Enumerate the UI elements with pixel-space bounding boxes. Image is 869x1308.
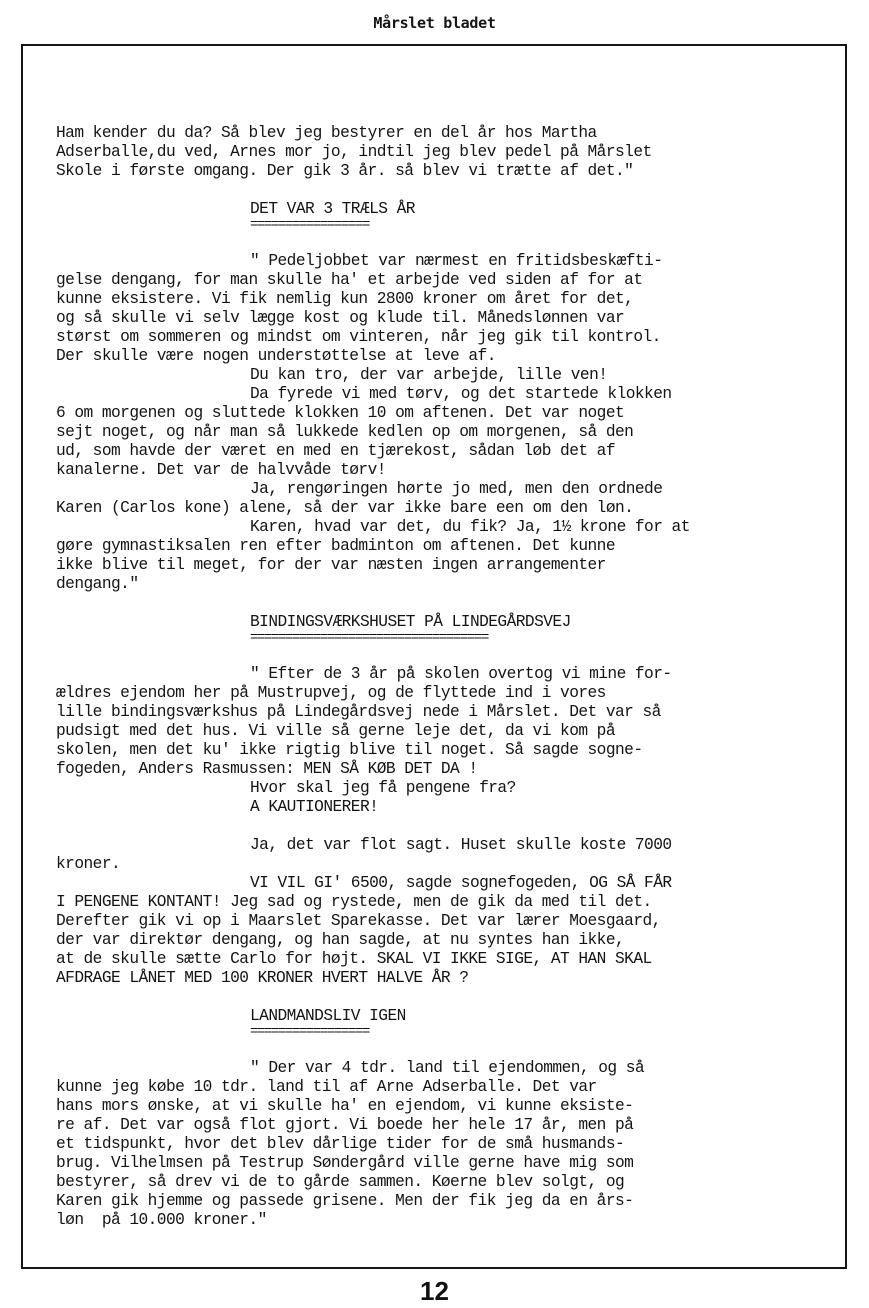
text-line: gelse dengang, for man skulle ha' et arb… (56, 271, 846, 290)
text-line: lille bindingsværkshus på Lindegårdsvej … (56, 703, 846, 722)
text-line: gøre gymnastiksalen ren efter badminton … (56, 537, 846, 556)
text-line: Derefter gik vi op i Maarslet Sparekasse… (56, 912, 846, 931)
text-line: bestyrer, så drev vi de to gårde sammen.… (56, 1173, 846, 1192)
text-line: Karen gik hjemme og passede grisene. Men… (56, 1192, 846, 1211)
text-line: hans mors ønske, at vi skulle ha' en eje… (56, 1097, 846, 1116)
paragraph-start-line: VI VIL GI' 6500, sagde sognefogeden, OG … (56, 874, 846, 893)
blank-line (56, 817, 846, 836)
text-line: I PENGENE KONTANT! Jeg sad og rystede, m… (56, 893, 846, 912)
text-line: et tidspunkt, hvor det blev dårlige tide… (56, 1135, 846, 1154)
text-line: ikke blive til meget, for der var næsten… (56, 556, 846, 575)
paragraph-start-line: " Der var 4 tdr. land til ejendommen, og… (56, 1059, 846, 1078)
text-line: Ham kender du da? Så blev jeg bestyrer e… (56, 124, 846, 143)
text-line: Adserballe,du ved, Arnes mor jo, indtil … (56, 143, 846, 162)
text-line: Skole i første omgang. Der gik 3 år. så … (56, 162, 846, 181)
text-line: pudsigt med det hus. Vi ville så gerne l… (56, 722, 846, 741)
text-line: løn på 10.000 kroner." (56, 1211, 846, 1230)
section-heading: DET VAR 3 TRÆLS ÅR (56, 200, 846, 219)
text-line: fogeden, Anders Rasmussen: MEN SÅ KØB DE… (56, 760, 846, 779)
heading-underline: ================================== (56, 632, 846, 646)
text-line: ældres ejendom her på Mustrupvej, og de … (56, 684, 846, 703)
paragraph-start-line: " Pedeljobbet var nærmest en fritidsbesk… (56, 252, 846, 271)
blank-line (56, 1040, 846, 1059)
text-line: Der skulle være nogen understøttelse at … (56, 347, 846, 366)
paragraph-start-line: A KAUTIONERER! (56, 798, 846, 817)
text-line: at de skulle sætte Carlo for højt. SKAL … (56, 950, 846, 969)
text-line: Karen (Carlos kone) alene, så der var ik… (56, 499, 846, 518)
heading-underline: ================= (56, 1026, 846, 1040)
paragraph-start-line: " Efter de 3 år på skolen overtog vi min… (56, 665, 846, 684)
blank-line (56, 646, 846, 665)
text-line: 6 om morgenen og sluttede klokken 10 om … (56, 404, 846, 423)
blank-line (56, 181, 846, 200)
text-line: der var direktør dengang, og han sagde, … (56, 931, 846, 950)
text-line: kunne eksistere. Vi fik nemlig kun 2800 … (56, 290, 846, 309)
heading-underline: ================= (56, 219, 846, 233)
text-line: kanalerne. Det var de halvvåde tørv! (56, 461, 846, 480)
text-line: kunne jeg købe 10 tdr. land til af Arne … (56, 1078, 846, 1097)
blank-line (56, 988, 846, 1007)
blank-line (56, 233, 846, 252)
text-line: og så skulle vi selv lægge kost og klude… (56, 309, 846, 328)
text-line: størst om sommeren og mindst om vinteren… (56, 328, 846, 347)
blank-line (56, 594, 846, 613)
section-heading: LANDMANDSLIV IGEN (56, 1007, 846, 1026)
text-line: ud, som havde der været en med en tjærek… (56, 442, 846, 461)
text-line: brug. Vilhelmsen på Testrup Søndergård v… (56, 1154, 846, 1173)
paragraph-start-line: Ja, rengøringen hørte jo med, men den or… (56, 480, 846, 499)
newsletter-title: Mårslet bladet (0, 14, 869, 32)
text-line: re af. Det var også flot gjort. Vi boede… (56, 1116, 846, 1135)
text-line: skolen, men det ku' ikke rigtig blive ti… (56, 741, 846, 760)
article-body: Ham kender du da? Så blev jeg bestyrer e… (56, 124, 846, 1230)
paragraph-start-line: Hvor skal jeg få pengene fra? (56, 779, 846, 798)
paragraph-start-line: Du kan tro, der var arbejde, lille ven! (56, 366, 846, 385)
text-line: AFDRAGE LÅNET MED 100 KRONER HVERT HALVE… (56, 969, 846, 988)
text-line: dengang." (56, 575, 846, 594)
page-number: 12 (0, 1276, 869, 1307)
paragraph-start-line: Ja, det var flot sagt. Huset skulle kost… (56, 836, 846, 855)
text-line: kroner. (56, 855, 846, 874)
paragraph-start-line: Da fyrede vi med tørv, og det startede k… (56, 385, 846, 404)
paragraph-start-line: Karen, hvad var det, du fik? Ja, 1½ kron… (56, 518, 846, 537)
text-line: sejt noget, og når man så lukkede kedlen… (56, 423, 846, 442)
